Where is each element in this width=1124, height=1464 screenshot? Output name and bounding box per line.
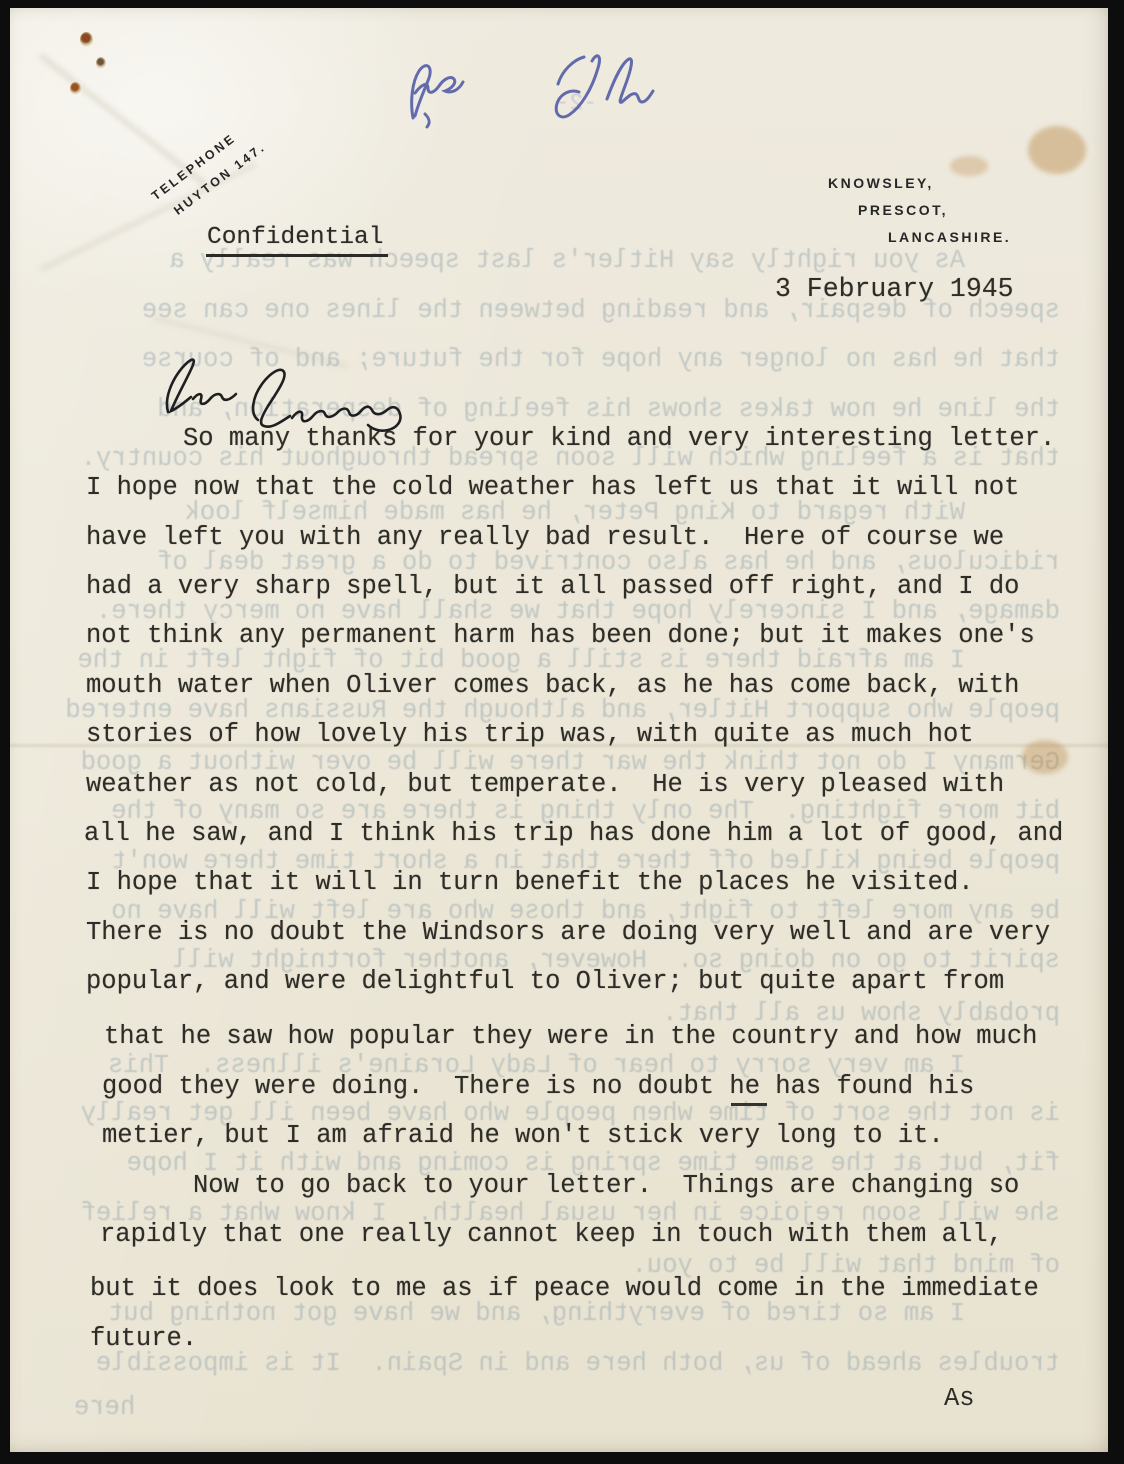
typed-line: popular, and were delightful to Oliver; … (86, 967, 1004, 997)
typed-line: I hope that it will in turn benefit the … (86, 868, 974, 898)
typed-line: weather as not cold, but temperate. He i… (86, 770, 1004, 800)
scan-border-top (0, 0, 1124, 8)
typed-line: but it does look to me as if peace would… (90, 1274, 1039, 1304)
typed-line: There is no doubt the Windsors are doing… (86, 918, 1050, 948)
typed-line: So many thanks for your kind and very in… (183, 424, 1055, 454)
typed-line: have left you with any really bad result… (86, 523, 1004, 553)
typed-line: good they were doing. There is no doubt … (102, 1072, 974, 1102)
scan-border-left (0, 0, 10, 1464)
scan-border-right (1108, 0, 1124, 1464)
scan-border-bottom (0, 1452, 1124, 1464)
catchword: As (944, 1384, 975, 1413)
typed-line: stories of how lovely his trip was, with… (86, 720, 974, 750)
typed-line: I hope now that the cold weather has lef… (86, 473, 1019, 503)
typed-line: metier, but I am afraid he won't stick v… (102, 1121, 944, 1151)
typed-line: rapidly that one really cannot keep in t… (100, 1220, 1003, 1250)
typed-line: that he saw how popular they were in the… (104, 1022, 1037, 1052)
typed-line: had a very sharp spell, but it all passe… (86, 572, 1019, 602)
typed-line: not think any permanent harm has been do… (86, 621, 1035, 651)
typed-lines: So many thanks for your kind and very in… (0, 0, 1124, 1464)
typed-line: mouth water when Oliver comes back, as h… (86, 671, 1019, 701)
typed-line: Now to go back to your letter. Things ar… (193, 1171, 1019, 1201)
letter-page: -2- As you rightly say Hitler's last spe… (0, 0, 1124, 1464)
scanned-letter: -2- As you rightly say Hitler's last spe… (0, 0, 1124, 1464)
underline-mark (731, 1103, 767, 1106)
typed-line: all he saw, and I think his trip has don… (84, 819, 1063, 849)
typed-line: future. (90, 1324, 197, 1354)
